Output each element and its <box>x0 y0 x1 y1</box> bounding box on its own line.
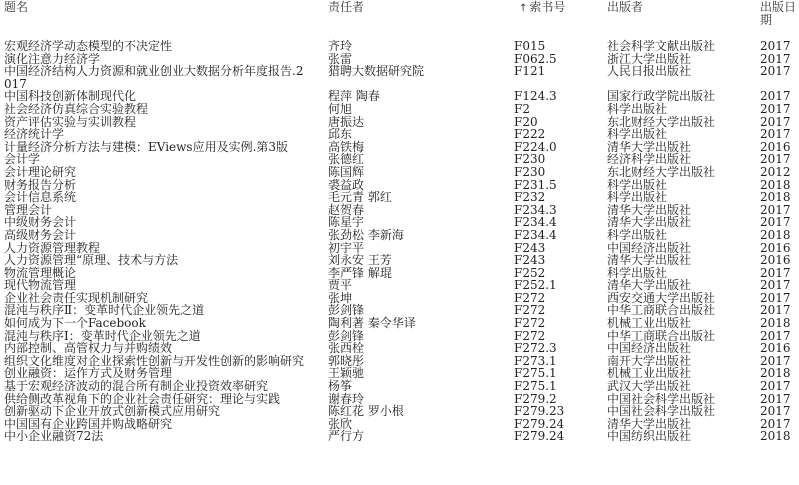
author-cell: 刘永安 王芳 <box>328 254 392 267</box>
book-title-cell: 内部控制、高管权力与并购绩效 <box>4 342 310 355</box>
call-number-cell: F234.4 <box>514 229 557 242</box>
call-number-cell: F230 <box>514 166 545 179</box>
publish-year-cell: 2018 <box>760 191 791 204</box>
column-header-publisher[interactable]: 出版者 <box>607 1 643 14</box>
publisher-cell: 中国纺织出版社 <box>607 430 691 443</box>
book-list-table: 题名 责任者 ↑索书号 出版者 出版日期 宏观经济学动态模型的不决定性齐玲F01… <box>0 0 799 38</box>
author-cell: 齐玲 <box>328 40 352 53</box>
publisher-cell: 社会科学文献出版社 <box>607 40 715 53</box>
author-cell: 何旭 <box>328 103 352 116</box>
publisher-cell: 科学出版社 <box>607 103 667 116</box>
publisher-cell: 中国社会科学出版社 <box>607 405 715 418</box>
table-row[interactable]: 基于宏观经济波动的混合所有制企业投资效率研究杨筝F275.1武汉大学出版社201… <box>0 380 799 393</box>
publish-year-cell: 2016 <box>760 254 791 267</box>
publisher-cell: 科学出版社 <box>607 191 667 204</box>
publisher-cell: 清华大学出版社 <box>607 254 691 267</box>
table-row[interactable]: 资产评估实验与实训教程唐振达F20东北财经大学出版社2017 <box>0 116 799 129</box>
author-cell: 严行方 <box>328 430 364 443</box>
author-cell: 贾平 <box>328 279 352 292</box>
column-header-call-number-label: 索书号 <box>529 0 565 14</box>
publish-year-cell: 2016 <box>760 342 791 355</box>
author-cell: 邱东 <box>328 128 352 141</box>
author-cell: 陈红花 罗小根 <box>328 405 404 418</box>
publisher-cell: 科学出版社 <box>607 229 667 242</box>
book-title-cell: 宏观经济学动态模型的不决定性 <box>4 40 310 53</box>
call-number-cell: F015 <box>514 40 545 53</box>
publish-year-cell: 2017 <box>760 103 791 116</box>
call-number-cell: F121 <box>514 65 545 78</box>
column-header-date-label: 出版日期 <box>760 0 796 27</box>
book-title-cell: 会计理论研究 <box>4 166 310 179</box>
publish-year-cell: 2017 <box>760 405 791 418</box>
publish-year-cell: 2017 <box>760 128 791 141</box>
column-header-title-label: 题名 <box>4 0 28 14</box>
book-title-cell: 中小企业融资72法 <box>4 430 310 443</box>
author-cell: 猎聘大数据研究院 <box>328 65 424 78</box>
table-row[interactable]: 会计信息系统毛元青 郭红F232科学出版社2018 <box>0 191 799 204</box>
table-row[interactable]: 财务报告分析裘益政F231.5科学出版社2018 <box>0 179 799 192</box>
table-row[interactable]: 经济统计学邱东F222科学出版社2017 <box>0 128 799 141</box>
book-title-cell: 社会经济仿真综合实验教程 <box>4 103 310 116</box>
book-title-cell: 创新驱动下企业开放式创新模式应用研究 <box>4 405 310 418</box>
publisher-cell: 清华大学出版社 <box>607 279 691 292</box>
author-cell: 张劲松 李新海 <box>328 229 404 242</box>
column-header-date[interactable]: 出版日期 <box>760 1 796 27</box>
publisher-cell: 武汉大学出版社 <box>607 380 691 393</box>
publish-year-cell: 2017 <box>760 380 791 393</box>
call-number-cell: F2 <box>514 103 530 116</box>
book-title-cell: 高级财务会计 <box>4 229 310 242</box>
column-header-author-label: 责任者 <box>328 0 364 14</box>
table-row[interactable]: 宏观经济学动态模型的不决定性齐玲F015社会科学文献出版社2017 <box>0 40 799 53</box>
call-number-cell: F272.3 <box>514 342 557 355</box>
publish-year-cell: 2017 <box>760 65 791 78</box>
call-number-cell: F232 <box>514 191 545 204</box>
sort-ascending-icon: ↑ <box>519 2 527 15</box>
table-row[interactable]: 中小企业融资72法严行方F279.24中国纺织出版社2018 <box>0 430 799 443</box>
column-header-publisher-label: 出版者 <box>607 0 643 14</box>
publish-year-cell: 2018 <box>760 229 791 242</box>
call-number-cell: F272 <box>514 317 545 330</box>
call-number-cell: F279.24 <box>514 430 564 443</box>
call-number-cell: F279.23 <box>514 405 564 418</box>
table-row[interactable]: 社会经济仿真综合实验教程何旭F2科学出版社2017 <box>0 103 799 116</box>
call-number-cell: F275.1 <box>514 380 557 393</box>
publish-year-cell: 2017 <box>760 279 791 292</box>
table-row[interactable]: 会计理论研究陈国辉F230东北财经大学出版社2012 <box>0 166 799 179</box>
table-body: 宏观经济学动态模型的不决定性齐玲F015社会科学文献出版社2017演化注意力经济… <box>0 40 799 443</box>
author-cell: 毛元青 郭红 <box>328 191 392 204</box>
table-header: 题名 责任者 ↑索书号 出版者 出版日期 <box>0 0 799 38</box>
table-row[interactable]: 现代物流管理贾平F252.1清华大学出版社2017 <box>0 279 799 292</box>
column-header-author[interactable]: 责任者 <box>328 1 364 14</box>
publish-year-cell: 2018 <box>760 430 791 443</box>
author-cell: 陈国辉 <box>328 166 364 179</box>
author-cell: 陶利著 秦令华译 <box>328 317 416 330</box>
book-title-cell: 计量经济分析方法与建模：EViews应用及实例.第3版 <box>4 141 310 154</box>
call-number-cell: F252.1 <box>514 279 557 292</box>
book-title-cell: 基于宏观经济波动的混合所有制企业投资效率研究 <box>4 380 310 393</box>
table-row[interactable]: 高级财务会计张劲松 李新海F234.4科学出版社2018 <box>0 229 799 242</box>
column-header-call-number[interactable]: ↑索书号 <box>519 1 565 15</box>
table-row[interactable]: 中国经济结构人力资源和就业创业大数据分析年度报告.2017猎聘大数据研究院F12… <box>0 65 799 90</box>
book-title-cell: 人力资源管理“原理、技术与方法 <box>4 254 310 267</box>
table-row[interactable]: 内部控制、高管权力与并购绩效张西栓F272.3中国经济出版社2016 <box>0 342 799 355</box>
publish-year-cell: 2018 <box>760 317 791 330</box>
book-title-cell: 中国经济结构人力资源和就业创业大数据分析年度报告.2017 <box>4 65 310 90</box>
publisher-cell: 机械工业出版社 <box>607 317 691 330</box>
publish-year-cell: 2012 <box>760 166 791 179</box>
call-number-cell: F243 <box>514 254 545 267</box>
book-title-cell: 如何成为下一个Facebook <box>4 317 310 330</box>
book-title-cell: 经济统计学 <box>4 128 310 141</box>
publish-year-cell: 2017 <box>760 40 791 53</box>
publisher-cell: 中国经济出版社 <box>607 342 691 355</box>
publisher-cell: 东北财经大学出版社 <box>607 166 715 179</box>
author-cell: 张西栓 <box>328 342 364 355</box>
author-cell: 杨筝 <box>328 380 352 393</box>
book-title-cell: 现代物流管理 <box>4 279 310 292</box>
publisher-cell: 人民日报出版社 <box>607 65 691 78</box>
book-title-cell: 会计信息系统 <box>4 191 310 204</box>
table-row[interactable]: 人力资源管理“原理、技术与方法刘永安 王芳F243清华大学出版社2016 <box>0 254 799 267</box>
column-header-title[interactable]: 题名 <box>4 1 28 14</box>
table-row[interactable]: 创新驱动下企业开放式创新模式应用研究陈红花 罗小根F279.23中国社会科学出版… <box>0 405 799 418</box>
call-number-cell: F222 <box>514 128 545 141</box>
publisher-cell: 科学出版社 <box>607 128 667 141</box>
table-row[interactable]: 如何成为下一个Facebook陶利著 秦令华译F272机械工业出版社2018 <box>0 317 799 330</box>
